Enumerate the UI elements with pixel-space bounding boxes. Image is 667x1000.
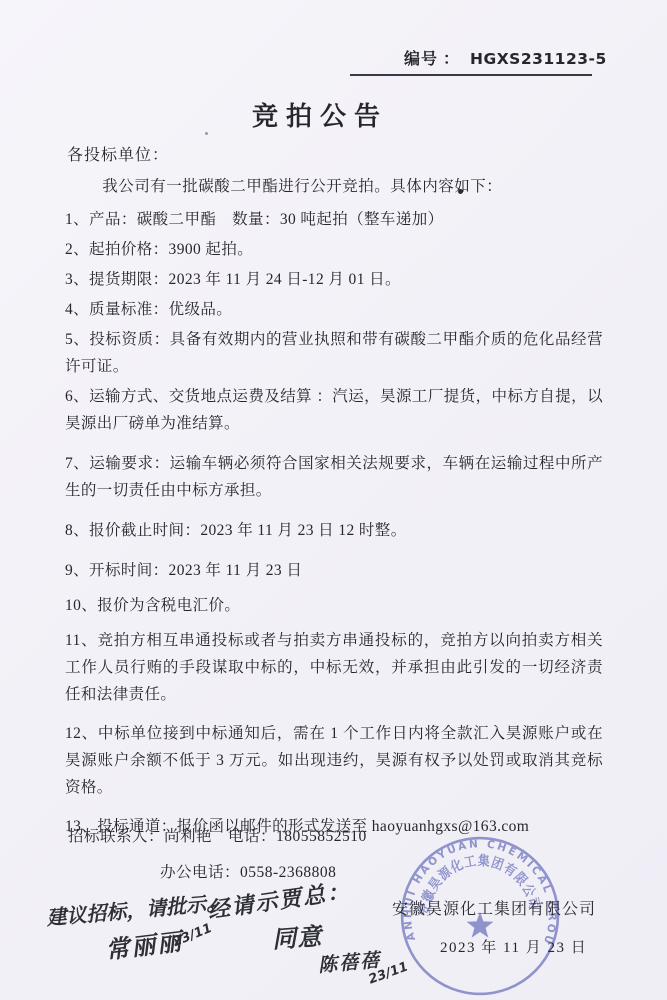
term-item-3: 3、提货期限：2023 年 11 月 24 日-12 月 01 日。 <box>65 266 603 293</box>
ref-label: 编号 ： <box>404 51 460 68</box>
term-item-12: 12、中标单位接到中标通知后，需在 1 个工作日内将全款汇入昊源账户或在昊源账户… <box>65 720 603 801</box>
scan-speck <box>458 189 463 194</box>
page-title: 竞拍公告 <box>0 96 640 133</box>
scan-speck <box>205 132 208 135</box>
term-item-11: 11、竞拍方相互串通投标或者与拍卖方串通投标的，竞拍方以向拍卖方相关工作人员行贿… <box>65 627 603 708</box>
scanned-document-page: 编号 ：HGXS231123-5 竞拍公告 各投标单位： 我公司有一批碳酸二甲酯… <box>0 0 667 1000</box>
term-item-1: 1、产品：碳酸二甲酯 数量：30 吨起拍（整车递加） <box>65 206 603 233</box>
ref-number-box: 编号 ：HGXS231123-5 <box>350 40 592 76</box>
term-item-7: 7、运输要求：运输车辆必须符合国家相关法规要求，车辆在运输过程中所产生的一切责任… <box>65 450 603 504</box>
company-name: 安徽昊源化工集团有限公司 <box>392 896 596 919</box>
term-item-5: 5、投标资质：具备有效期内的营业执照和带有碳酸二甲酯介质的危化品经营许可证。 <box>65 326 603 380</box>
term-item-2: 2、起拍价格：3900 起拍。 <box>65 236 603 263</box>
signature-date: 2023 年 11 月 23 日 <box>440 936 587 957</box>
handwritten-signature-left: 常丽丽 <box>103 921 185 965</box>
terms-list: 1、产品：碳酸二甲酯 数量：30 吨起拍（整车递加） 2、起拍价格：3900 起… <box>65 206 603 852</box>
intro-paragraph: 我公司有一批碳酸二甲酯进行公开竞拍。具体内容如下： <box>65 174 605 196</box>
term-item-8: 8、报价截止时间：2023 年 11 月 23 日 12 时整。 <box>65 517 603 544</box>
salutation: 各投标单位： <box>67 142 169 165</box>
term-item-10: 10、报价为含税电汇价。 <box>65 592 603 619</box>
handwritten-approval: 同意 <box>271 916 323 954</box>
term-item-4: 4、质量标准：优级品。 <box>65 296 603 323</box>
term-item-6: 6、运输方式、交货地点运费及结算 ：汽运，昊源工厂提货，中标方自提，以昊源出厂磅… <box>65 383 603 437</box>
ref-number: HGXS231123-5 <box>470 50 607 68</box>
bid-contact-line: 招标联系人：尚利艳 电话：18055852510 <box>68 824 367 846</box>
term-item-9: 9、开标时间：2023 年 11 月 23 日 <box>65 557 603 584</box>
ref-number-line: 编号 ：HGXS231123-5 <box>404 46 607 69</box>
